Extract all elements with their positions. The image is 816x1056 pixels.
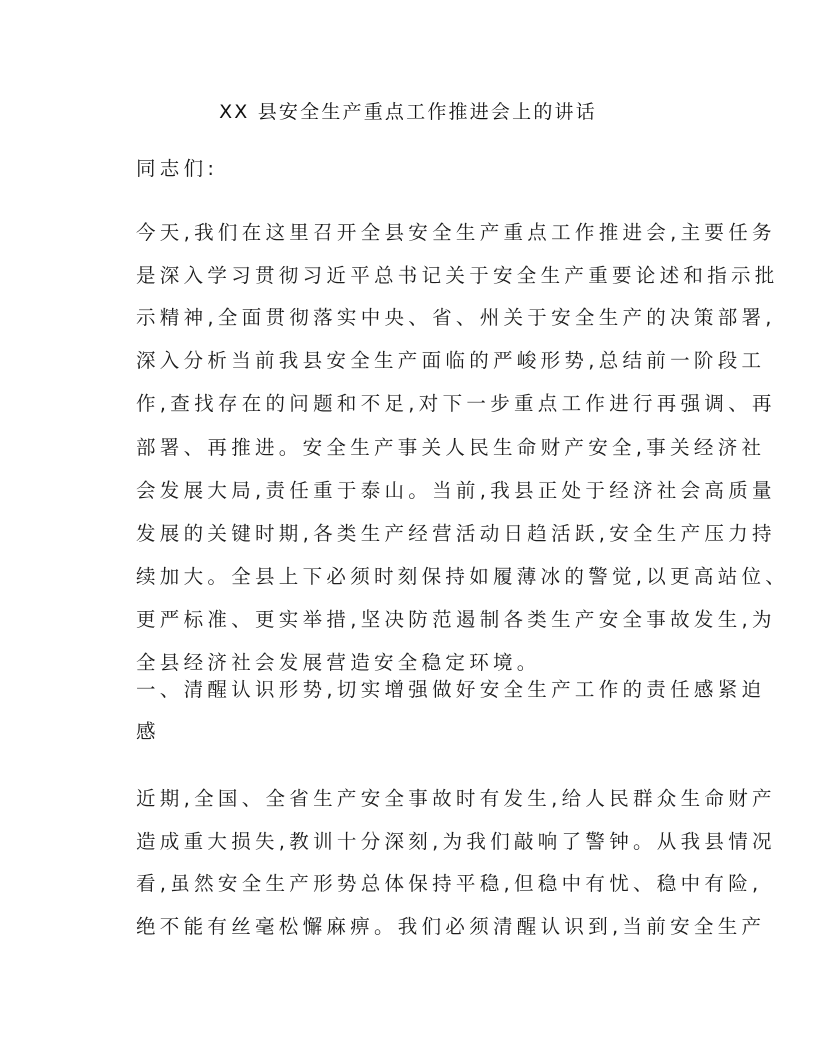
paragraph-line: 是深入学习贯彻习近平总书记关于安全生产重要论述和指示批 [136,263,696,289]
paragraph-line: 看,虽然安全生产形势总体保持平稳,但稳中有忧、稳中有险, [136,871,696,897]
paragraph-line: 会发展大局,责任重于泰山。当前,我县正处于经济社会高质量 [136,478,696,504]
paragraph-line: 绝不能有丝毫松懈麻痹。我们必须清醒认识到,当前安全生产 [136,914,696,940]
greeting: 同志们: [136,156,696,182]
document-title: XX 县安全生产重点工作推进会上的讲话 [0,99,816,125]
paragraph-line: 全县经济社会发展营造安全稳定环境。 [136,650,696,676]
paragraph-line: 发展的关键时期,各类生产经营活动日趋活跃,安全生产压力持 [136,521,696,547]
paragraph-line: 作,查找存在的问题和不足,对下一步重点工作进行再强调、再 [136,391,696,417]
paragraph-line: 造成重大损失,教训十分深刻,为我们敲响了警钟。从我县情况 [136,829,696,855]
heading-line: 感 [136,719,696,745]
paragraph-line: 示精神,全面贯彻落实中央、省、州关于安全生产的决策部署, [136,305,696,331]
paragraph-line: 近期,全国、全省生产安全事故时有发生,给人民群众生命财产 [136,786,696,812]
paragraph-line: 部署、再推进。安全生产事关人民生命财产安全,事关经济社 [136,435,696,461]
paragraph-line: 深入分析当前我县安全生产面临的严峻形势,总结前一阶段工 [136,348,696,374]
heading-line: 一、清醒认识形势,切实增强做好安全生产工作的责任感紧迫 [136,677,696,703]
paragraph-line: 更严标准、更实举措,坚决防范遏制各类生产安全事故发生,为 [136,607,696,633]
paragraph-line: 续加大。全县上下必须时刻保持如履薄冰的警觉,以更高站位、 [136,564,696,590]
paragraph-line: 今天,我们在这里召开全县安全生产重点工作推进会,主要任务 [136,220,696,246]
document-page: XX 县安全生产重点工作推进会上的讲话 同志们: 今天,我们在这里召开全县安全生… [0,0,816,1056]
